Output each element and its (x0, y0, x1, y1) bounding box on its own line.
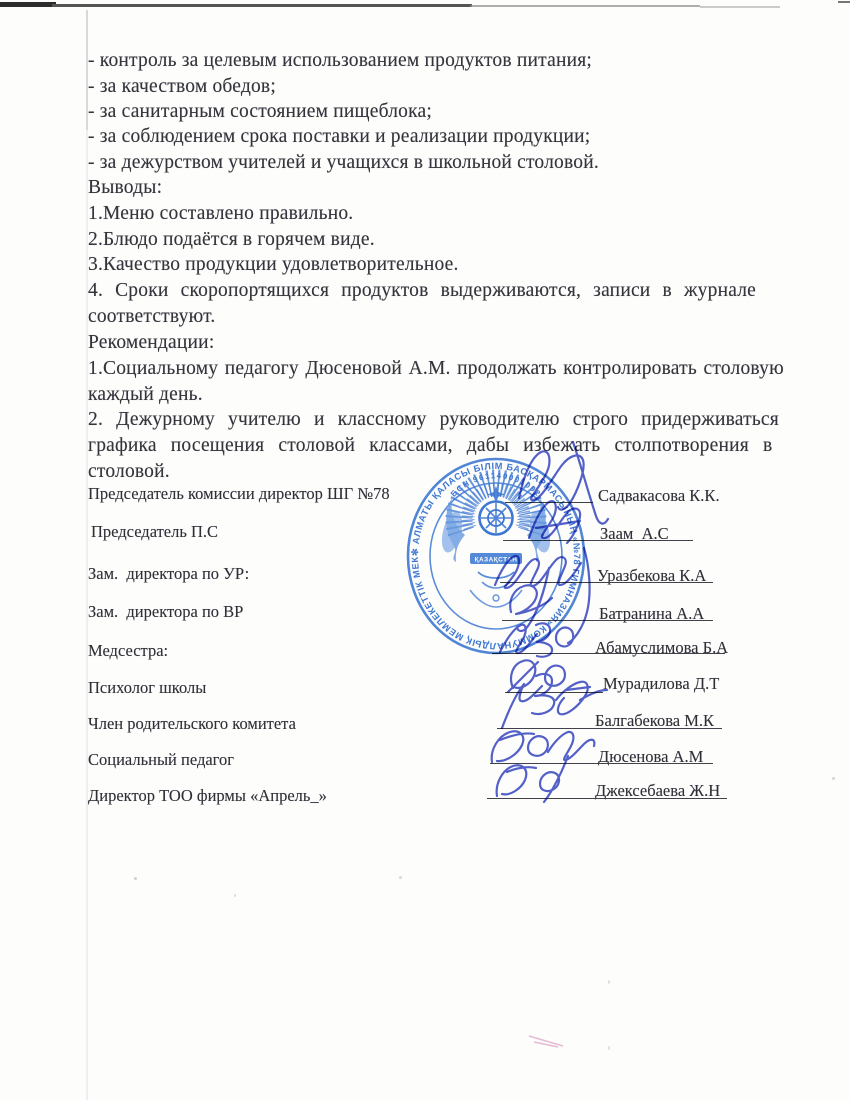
stamp-star-icon (488, 486, 505, 503)
report-line: - за качеством обедов; (88, 76, 276, 98)
report-line: - за соблюдением срока поставки и реализ… (88, 126, 590, 148)
report-line: графика посещения столовой классами, даб… (88, 435, 772, 457)
report-line: - за санитарным состоянием пищеблока; (88, 101, 432, 123)
signature-line (490, 763, 713, 764)
stray-pink-mark (529, 1036, 563, 1047)
report-line: 1.Меню составлено правильно. (88, 203, 353, 225)
report-line: 2. Дежурному учителю и классному руковод… (88, 409, 779, 431)
signature-line (505, 502, 593, 503)
scan-edge-artifact (700, 6, 780, 8)
signature-line (487, 798, 727, 799)
signature-scribble (508, 660, 590, 692)
signature-line (492, 653, 725, 654)
signature-line (502, 620, 713, 621)
report-line: 4. Сроки скоропортящихся продуктов выдер… (88, 280, 756, 302)
report-line: каждый день. (88, 384, 203, 406)
signatory-label: Зам. директора по УР: (88, 564, 249, 584)
signatory-name: Садвакасова К.К. (598, 486, 720, 506)
report-line: 2.Блюдо подаётся в горячем виде. (88, 229, 375, 251)
signatory-label: Председатель П.С (91, 522, 218, 542)
signature-scribble (500, 623, 573, 656)
report-line: Рекомендации: (88, 332, 214, 354)
report-line: соответствуют. (88, 306, 215, 328)
scan-edge-artifact (52, 4, 472, 7)
signature-line (505, 692, 603, 693)
report-line: 1.Социальному педагогу Дюсеновой А.М. пр… (88, 358, 784, 380)
signature-line (500, 582, 713, 583)
scan-edge-artifact (0, 2, 56, 7)
stamp-bsn-text: БСН 961140001092 (449, 471, 543, 499)
signature-scribble (495, 548, 590, 643)
signatory-label: Медсестра: (88, 641, 168, 661)
scan-edge-artifact (838, 1, 850, 3)
signature-scribble (492, 731, 595, 762)
report-line: Выводы: (88, 177, 162, 199)
scan-edge-artifact (470, 5, 700, 7)
signatory-label: Председатель комиссии директор ШГ №78 (88, 484, 390, 504)
signatory-label: Директор ТОО фирмы «Апрель_» (88, 786, 327, 806)
scan-speck (399, 876, 402, 879)
scan-speck (608, 980, 610, 984)
scan-speck (234, 894, 236, 897)
scan-speck (134, 877, 137, 880)
signatory-label: Зам. директора по ВР (88, 602, 243, 622)
scanned-report-page: - контроль за целевым использованием про… (0, 0, 850, 1100)
signature-scribble (510, 568, 552, 631)
signatory-name: Мурадилова Д.Т (603, 674, 719, 694)
report-line: 3.Качество продукции удовлетворительное. (88, 254, 459, 276)
signature-scribble (502, 674, 607, 728)
signatory-name: Абамуслимова Б.А (595, 638, 728, 658)
signature-scribble (529, 501, 580, 543)
scan-speck (832, 777, 835, 780)
stamp-banner-text: ҚАЗАҚСТАН (475, 557, 518, 564)
report-line: - контроль за целевым использованием про… (88, 50, 592, 72)
report-line: столовой. (88, 461, 170, 483)
signatory-label: Психолог школы (88, 678, 206, 698)
scan-speck (608, 1046, 610, 1050)
signatory-label: Член родительского комитета (88, 714, 296, 734)
signature-line (503, 540, 693, 541)
signatory-label: Социальный педагог (88, 750, 234, 770)
report-line: - за дежурством учителей и учащихся в шк… (88, 152, 599, 174)
signature-line (497, 728, 722, 729)
